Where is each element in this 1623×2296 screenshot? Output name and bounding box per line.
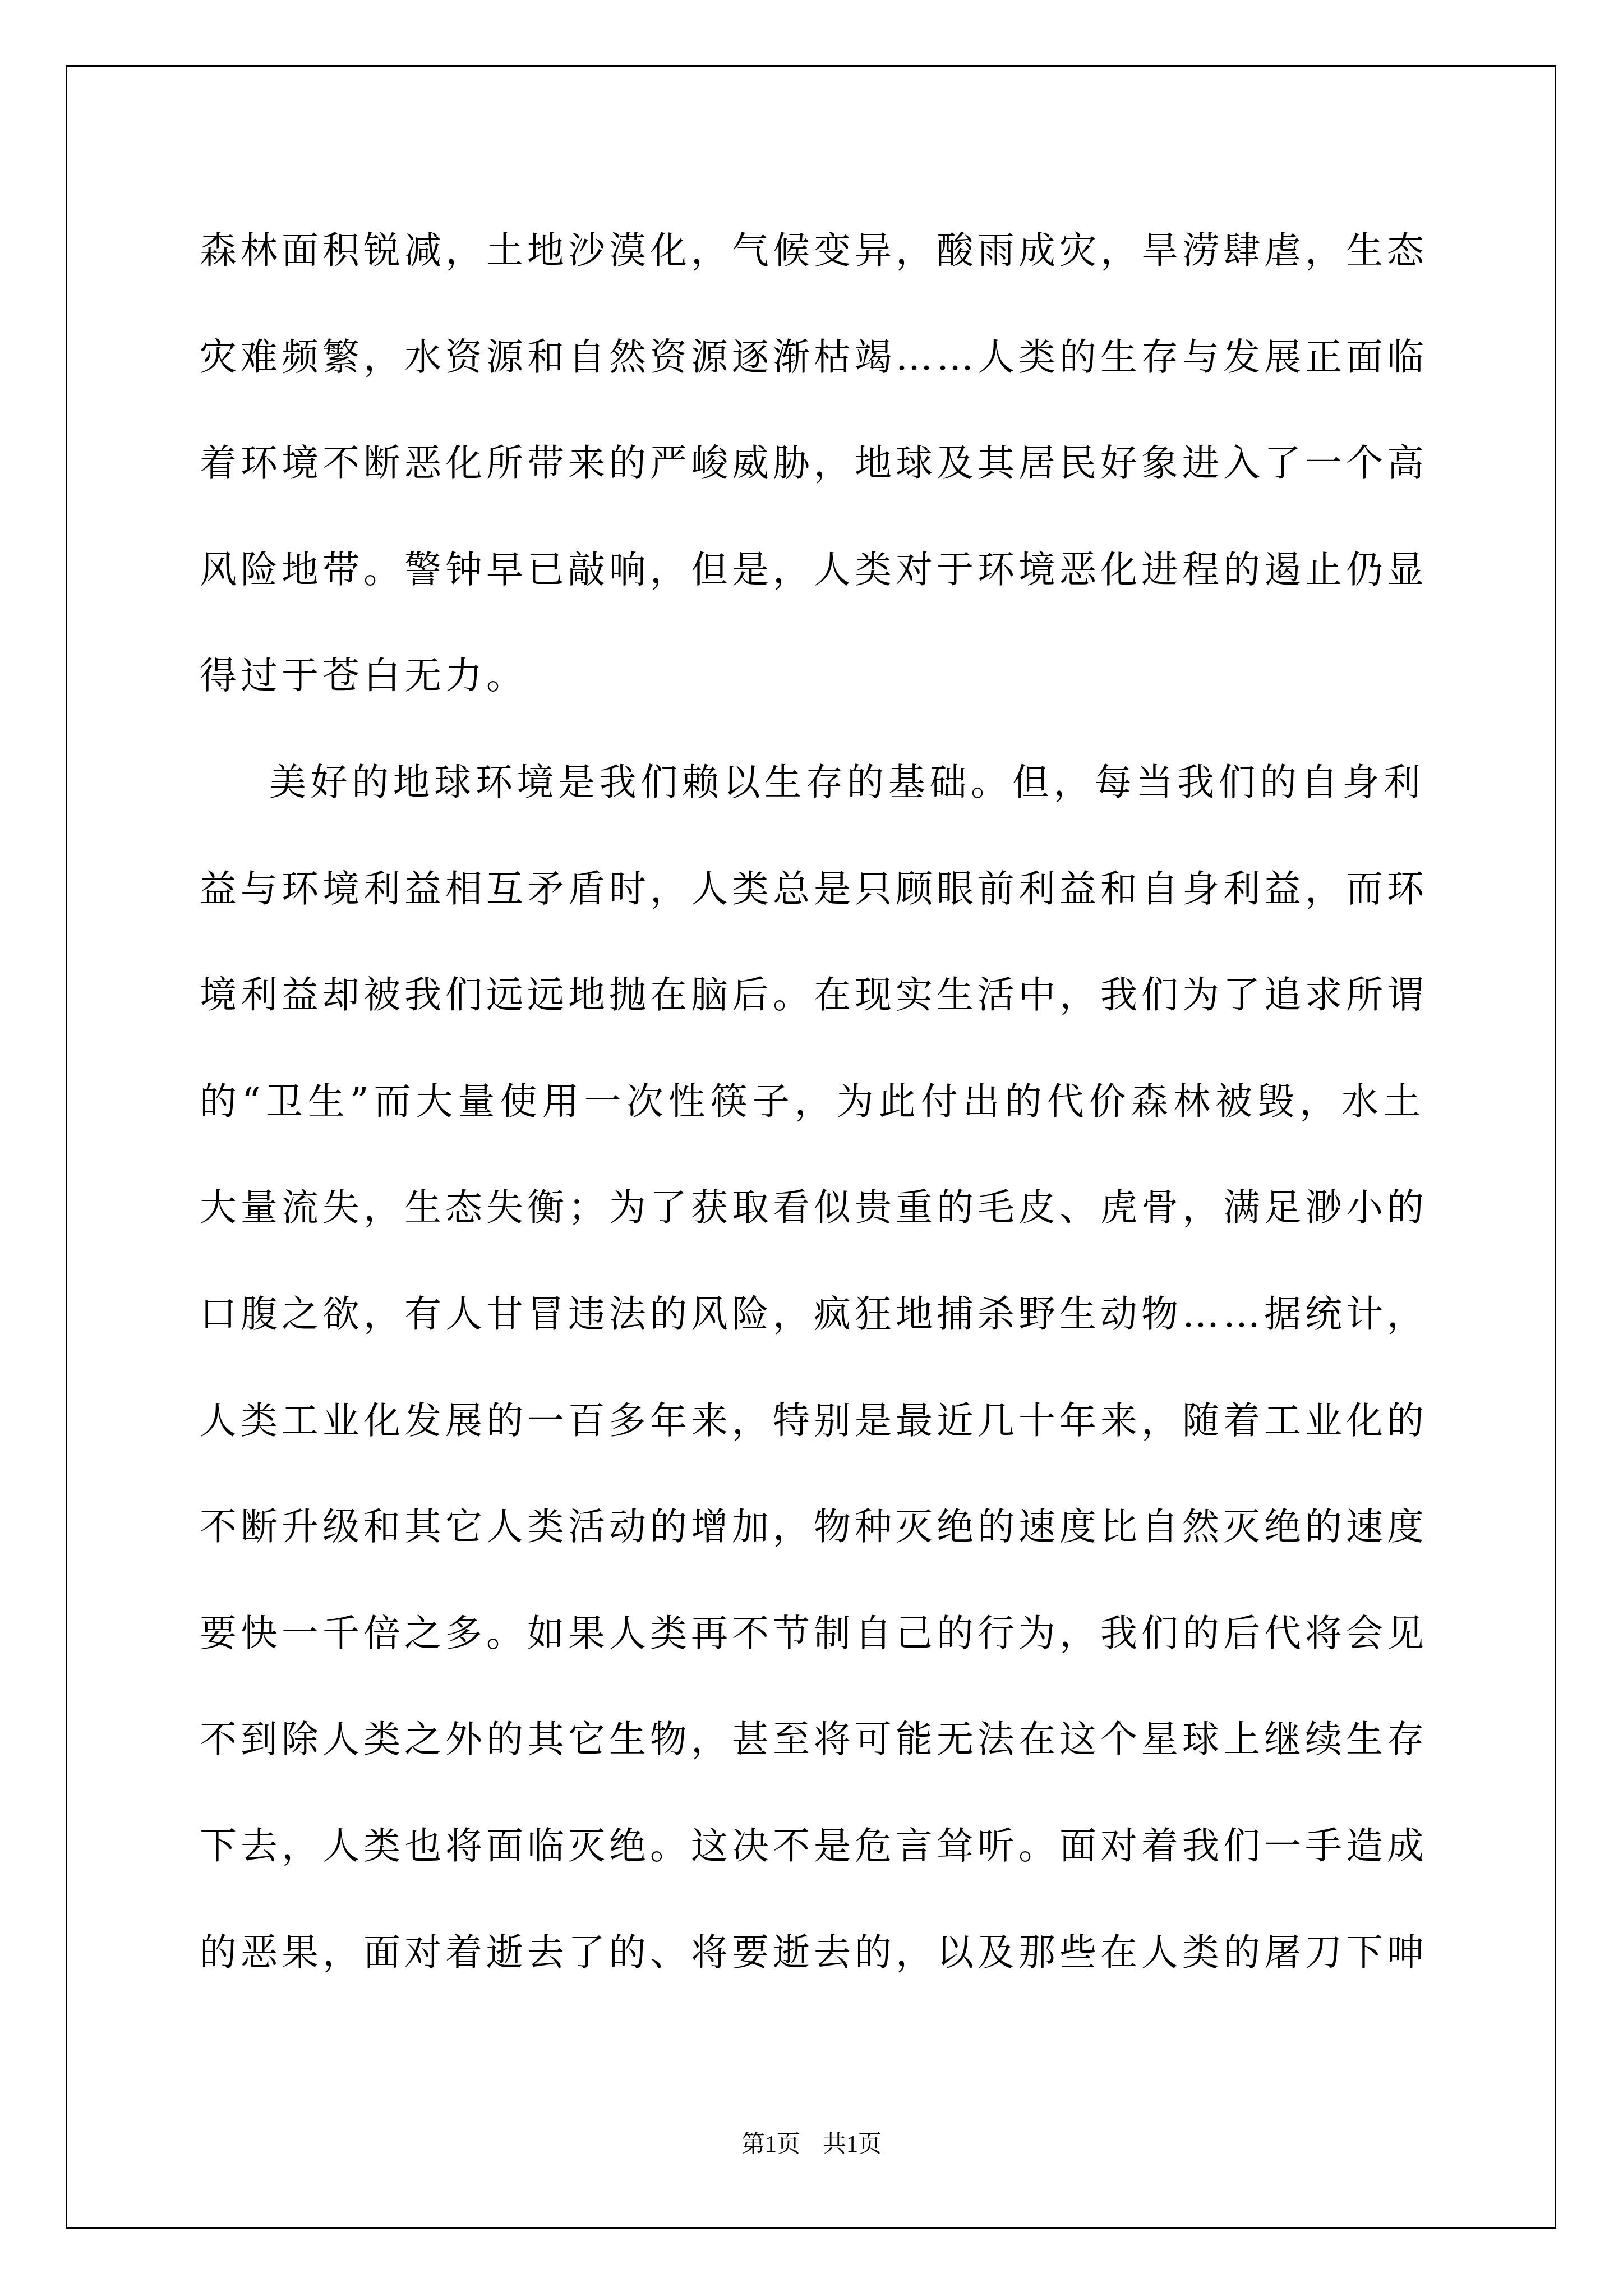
text-line: 得过于苍白无力。 [200, 649, 1424, 756]
text-line: 的恶果，面对着逝去了的、将要逝去的，以及那些在人类的屠刀下呻 [200, 1926, 1424, 2032]
text-line: 人类工业化发展的一百多年来，特别是最近几十年来，随着工业化的 [200, 1394, 1424, 1501]
current-page-label: 第1页 [741, 2131, 800, 2159]
text-line: 不断升级和其它人类活动的增加，物种灭绝的速度比自然灭绝的速度 [200, 1500, 1424, 1607]
text-line: 着环境不断恶化所带来的严峻威胁，地球及其居民好象进入了一个高 [200, 436, 1424, 543]
text-line: 的“卫生”而大量使用一次性筷子，为此付出的代价森林被毁，水土 [200, 1075, 1424, 1181]
text-line: 口腹之欲，有人甘冒违法的风险，疯狂地捕杀野生动物……据统计， [200, 1287, 1424, 1394]
paragraph-1: 森林面积锐减，土地沙漠化，气候变异，酸雨成灾，旱涝肆虐，生态 灾难频繁，水资源和… [200, 224, 1424, 756]
text-line: 不到除人类之外的其它生物，甚至将可能无法在这个星球上继续生存 [200, 1713, 1424, 1819]
text-line: 下去，人类也将面临灭绝。这决不是危言耸听。面对着我们一手造成 [200, 1819, 1424, 1926]
page-footer: 第1页共1页 [0, 2131, 1623, 2159]
text-line: 大量流失，生态失衡；为了获取看似贵重的毛皮、虎骨，满足渺小的 [200, 1181, 1424, 1287]
document-body: 森林面积锐减，土地沙漠化，气候变异，酸雨成灾，旱涝肆虐，生态 灾难频繁，水资源和… [200, 224, 1424, 2032]
text-line: 风险地带。警钟早已敲响，但是，人类对于环境恶化进程的遏止仍显 [200, 543, 1424, 650]
total-pages-label: 共1页 [823, 2131, 882, 2159]
text-line: 要快一千倍之多。如果人类再不节制自己的行为，我们的后代将会见 [200, 1607, 1424, 1713]
text-line: 益与环境利益相互矛盾时，人类总是只顾眼前利益和自身利益，而环 [200, 862, 1424, 969]
text-line: 灾难频繁，水资源和自然资源逐渐枯竭……人类的生存与发展正面临 [200, 330, 1424, 437]
text-line: 境利益却被我们远远地抛在脑后。在现实生活中，我们为了追求所谓 [200, 968, 1424, 1075]
text-line: 美好的地球环境是我们赖以生存的基础。但，每当我们的自身利 [200, 756, 1424, 862]
text-line: 森林面积锐减，土地沙漠化，气候变异，酸雨成灾，旱涝肆虐，生态 [200, 224, 1424, 330]
paragraph-2: 美好的地球环境是我们赖以生存的基础。但，每当我们的自身利 益与环境利益相互矛盾时… [200, 756, 1424, 2032]
